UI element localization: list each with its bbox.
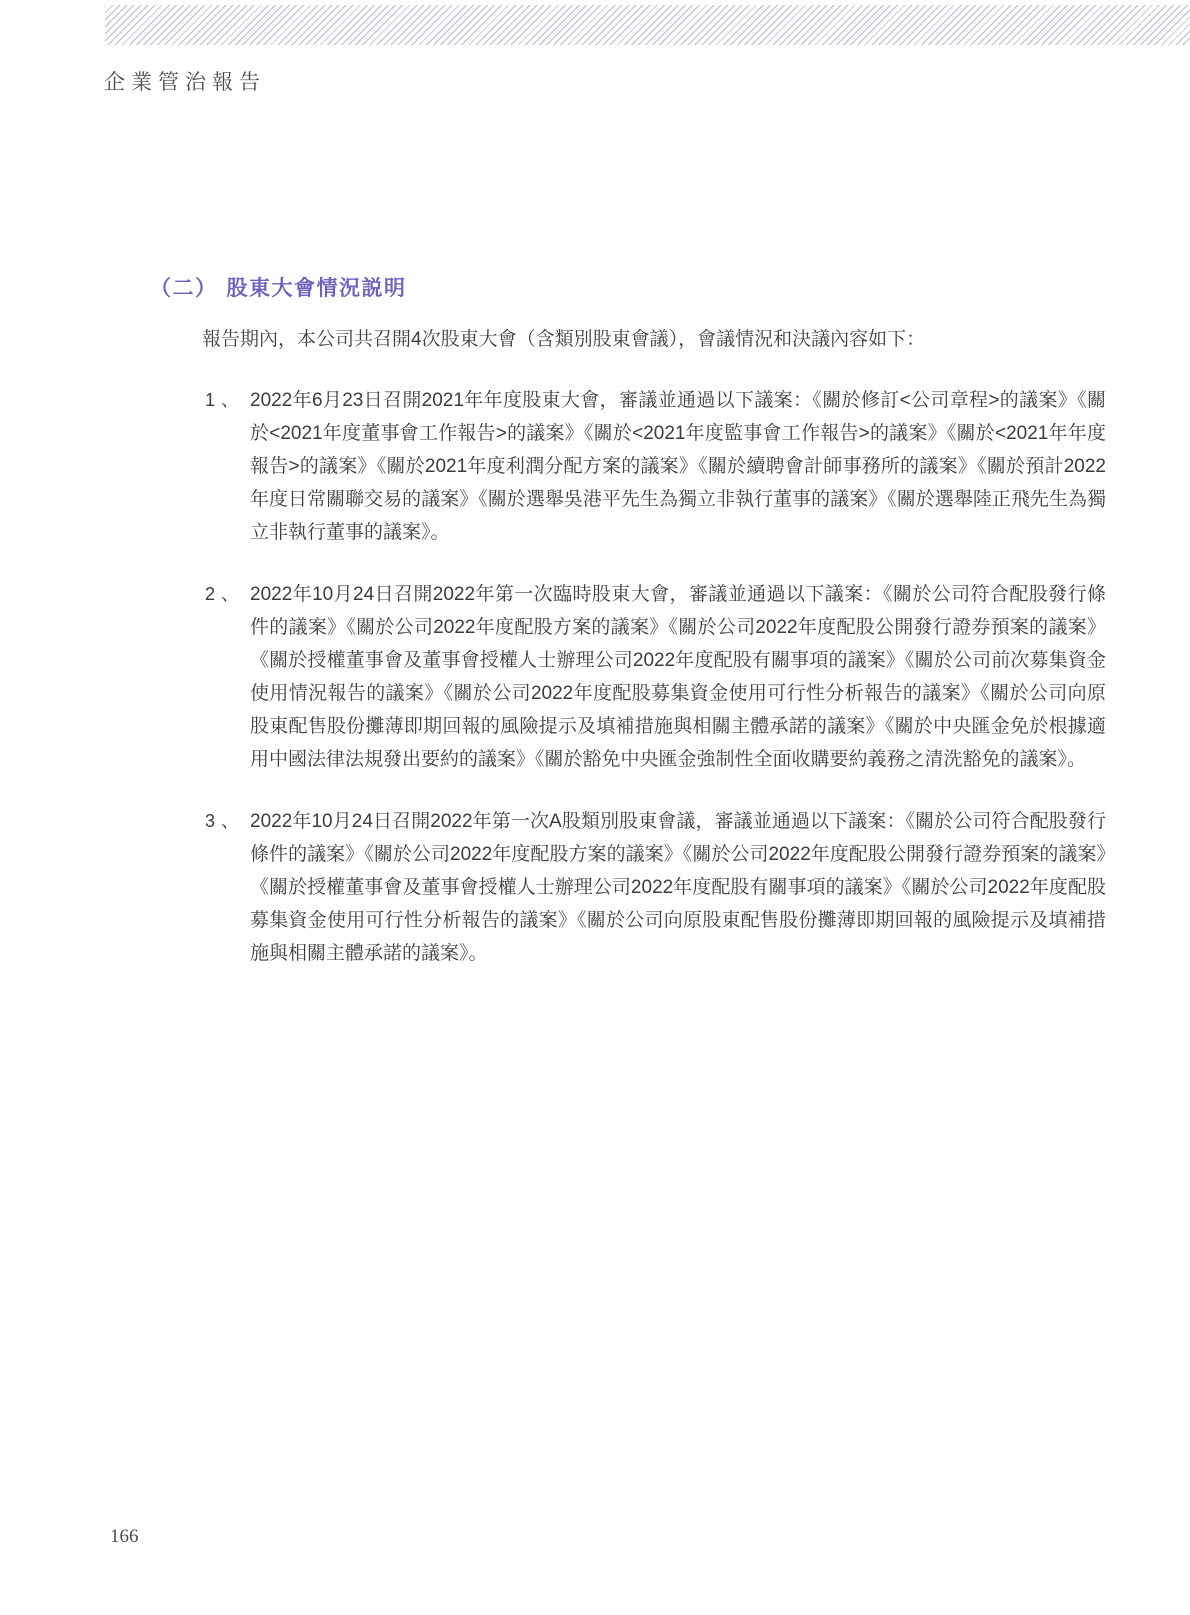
list-item: 1、 2022年6月23日召開2021年年度股東大會，審議並通過以下議案：《關於… <box>150 384 1120 549</box>
list-item-text: 2022年6月23日召開2021年年度股東大會，審議並通過以下議案：《關於修訂<… <box>250 384 1106 549</box>
section-title: 股東大會情況説明 <box>227 277 407 300</box>
section-number: （二） <box>150 277 218 300</box>
decorative-hatch-band <box>105 5 1190 45</box>
list-item-text: 2022年10月24日召開2022年第一次A股類別股東會議，審議並通過以下議案：… <box>250 805 1106 970</box>
section-content: （二）股東大會情況説明 報告期內，本公司共召開4次股東大會（含類別股東會議），會… <box>150 275 1120 999</box>
page-number: 166 <box>110 1526 139 1548</box>
section-intro: 報告期內，本公司共召開4次股東大會（含類別股東會議），會議情況和決議內容如下： <box>202 323 1120 356</box>
list-item: 3、 2022年10月24日召開2022年第一次A股類別股東會議，審議並通過以下… <box>150 805 1120 970</box>
list-item: 2、 2022年10月24日召開2022年第一次臨時股東大會，審議並通過以下議案… <box>150 578 1120 776</box>
document-header-title: 企業管治報告 <box>104 66 266 96</box>
list-item-number: 2、 <box>205 578 245 611</box>
meeting-list: 1、 2022年6月23日召開2021年年度股東大會，審議並通過以下議案：《關於… <box>150 384 1120 970</box>
section-heading: （二）股東大會情況説明 <box>150 275 1120 303</box>
list-item-text: 2022年10月24日召開2022年第一次臨時股東大會，審議並通過以下議案：《關… <box>250 578 1106 776</box>
list-item-number: 3、 <box>205 805 245 838</box>
list-item-number: 1、 <box>205 384 245 417</box>
document-page: 企業管治報告 （二）股東大會情況説明 報告期內，本公司共召開4次股東大會（含類別… <box>0 0 1190 1615</box>
